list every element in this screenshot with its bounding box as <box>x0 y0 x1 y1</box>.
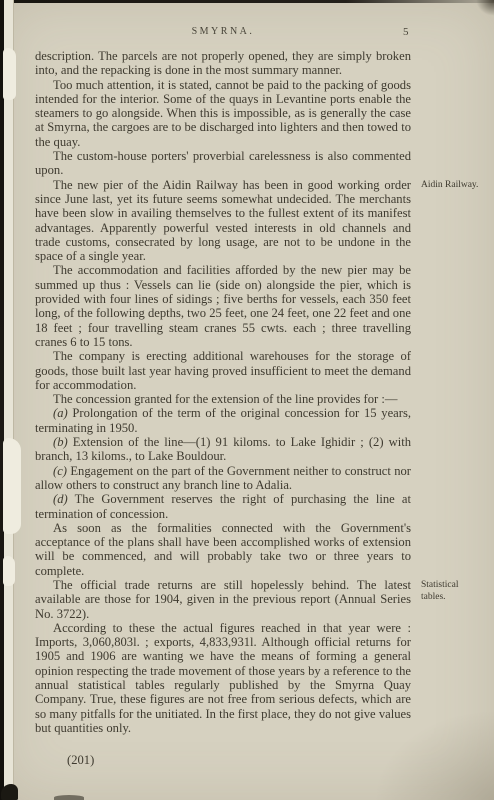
paper-chip <box>3 556 15 586</box>
list-marker: (a) <box>53 406 68 420</box>
paragraph: The company is erecting additional wareh… <box>35 349 411 392</box>
paragraph: (b) Extension of the line—(1) 91 kiloms.… <box>35 435 411 464</box>
list-marker: (d) <box>53 492 68 506</box>
scan-mark-bottom-center <box>54 795 84 800</box>
paragraph: As soon as the formalities connected wit… <box>35 521 411 578</box>
paper-chip <box>3 48 16 100</box>
paragraph: The accommodation and facilities afforde… <box>35 263 411 349</box>
scan-edge-top <box>0 0 494 3</box>
paragraph: The custom-house porters' proverbial car… <box>35 149 411 178</box>
running-header: SMYRNA. <box>35 26 411 37</box>
paragraph: The new pier of the Aidin Railway has be… <box>35 178 411 264</box>
scan-smudge-top-right <box>476 0 494 16</box>
paragraph: (d) The Government reserves the right of… <box>35 492 411 521</box>
scanned-page: SMYRNA. 5 description. The parcels are n… <box>0 0 494 800</box>
list-marker: (c) <box>53 464 67 478</box>
torn-paper-edge <box>4 0 14 800</box>
paragraph: The concession granted for the extension… <box>35 392 411 406</box>
paper-chip <box>3 438 21 534</box>
footer-signature: (201) <box>67 753 94 768</box>
paragraph: description. The parcels are not properl… <box>35 49 411 78</box>
paragraph: (c) Engagement on the part of the Govern… <box>35 464 411 493</box>
page-number: 5 <box>403 26 409 38</box>
page-body: description. The parcels are not properl… <box>35 49 411 735</box>
scan-mark-bottom-left <box>1 784 18 800</box>
paragraph: (a) Prolongation of the term of the orig… <box>35 406 411 435</box>
list-marker: (b) <box>53 435 68 449</box>
paragraph: Too much attention, it is stated, cannot… <box>35 78 411 149</box>
margin-note: Statistical tables. <box>421 579 483 603</box>
margin-note: Aidin Railway. <box>421 179 483 191</box>
paragraph: According to these the actual figures re… <box>35 621 411 735</box>
paragraph: The official trade returns are still hop… <box>35 578 411 621</box>
page-header: SMYRNA. 5 <box>35 26 411 40</box>
